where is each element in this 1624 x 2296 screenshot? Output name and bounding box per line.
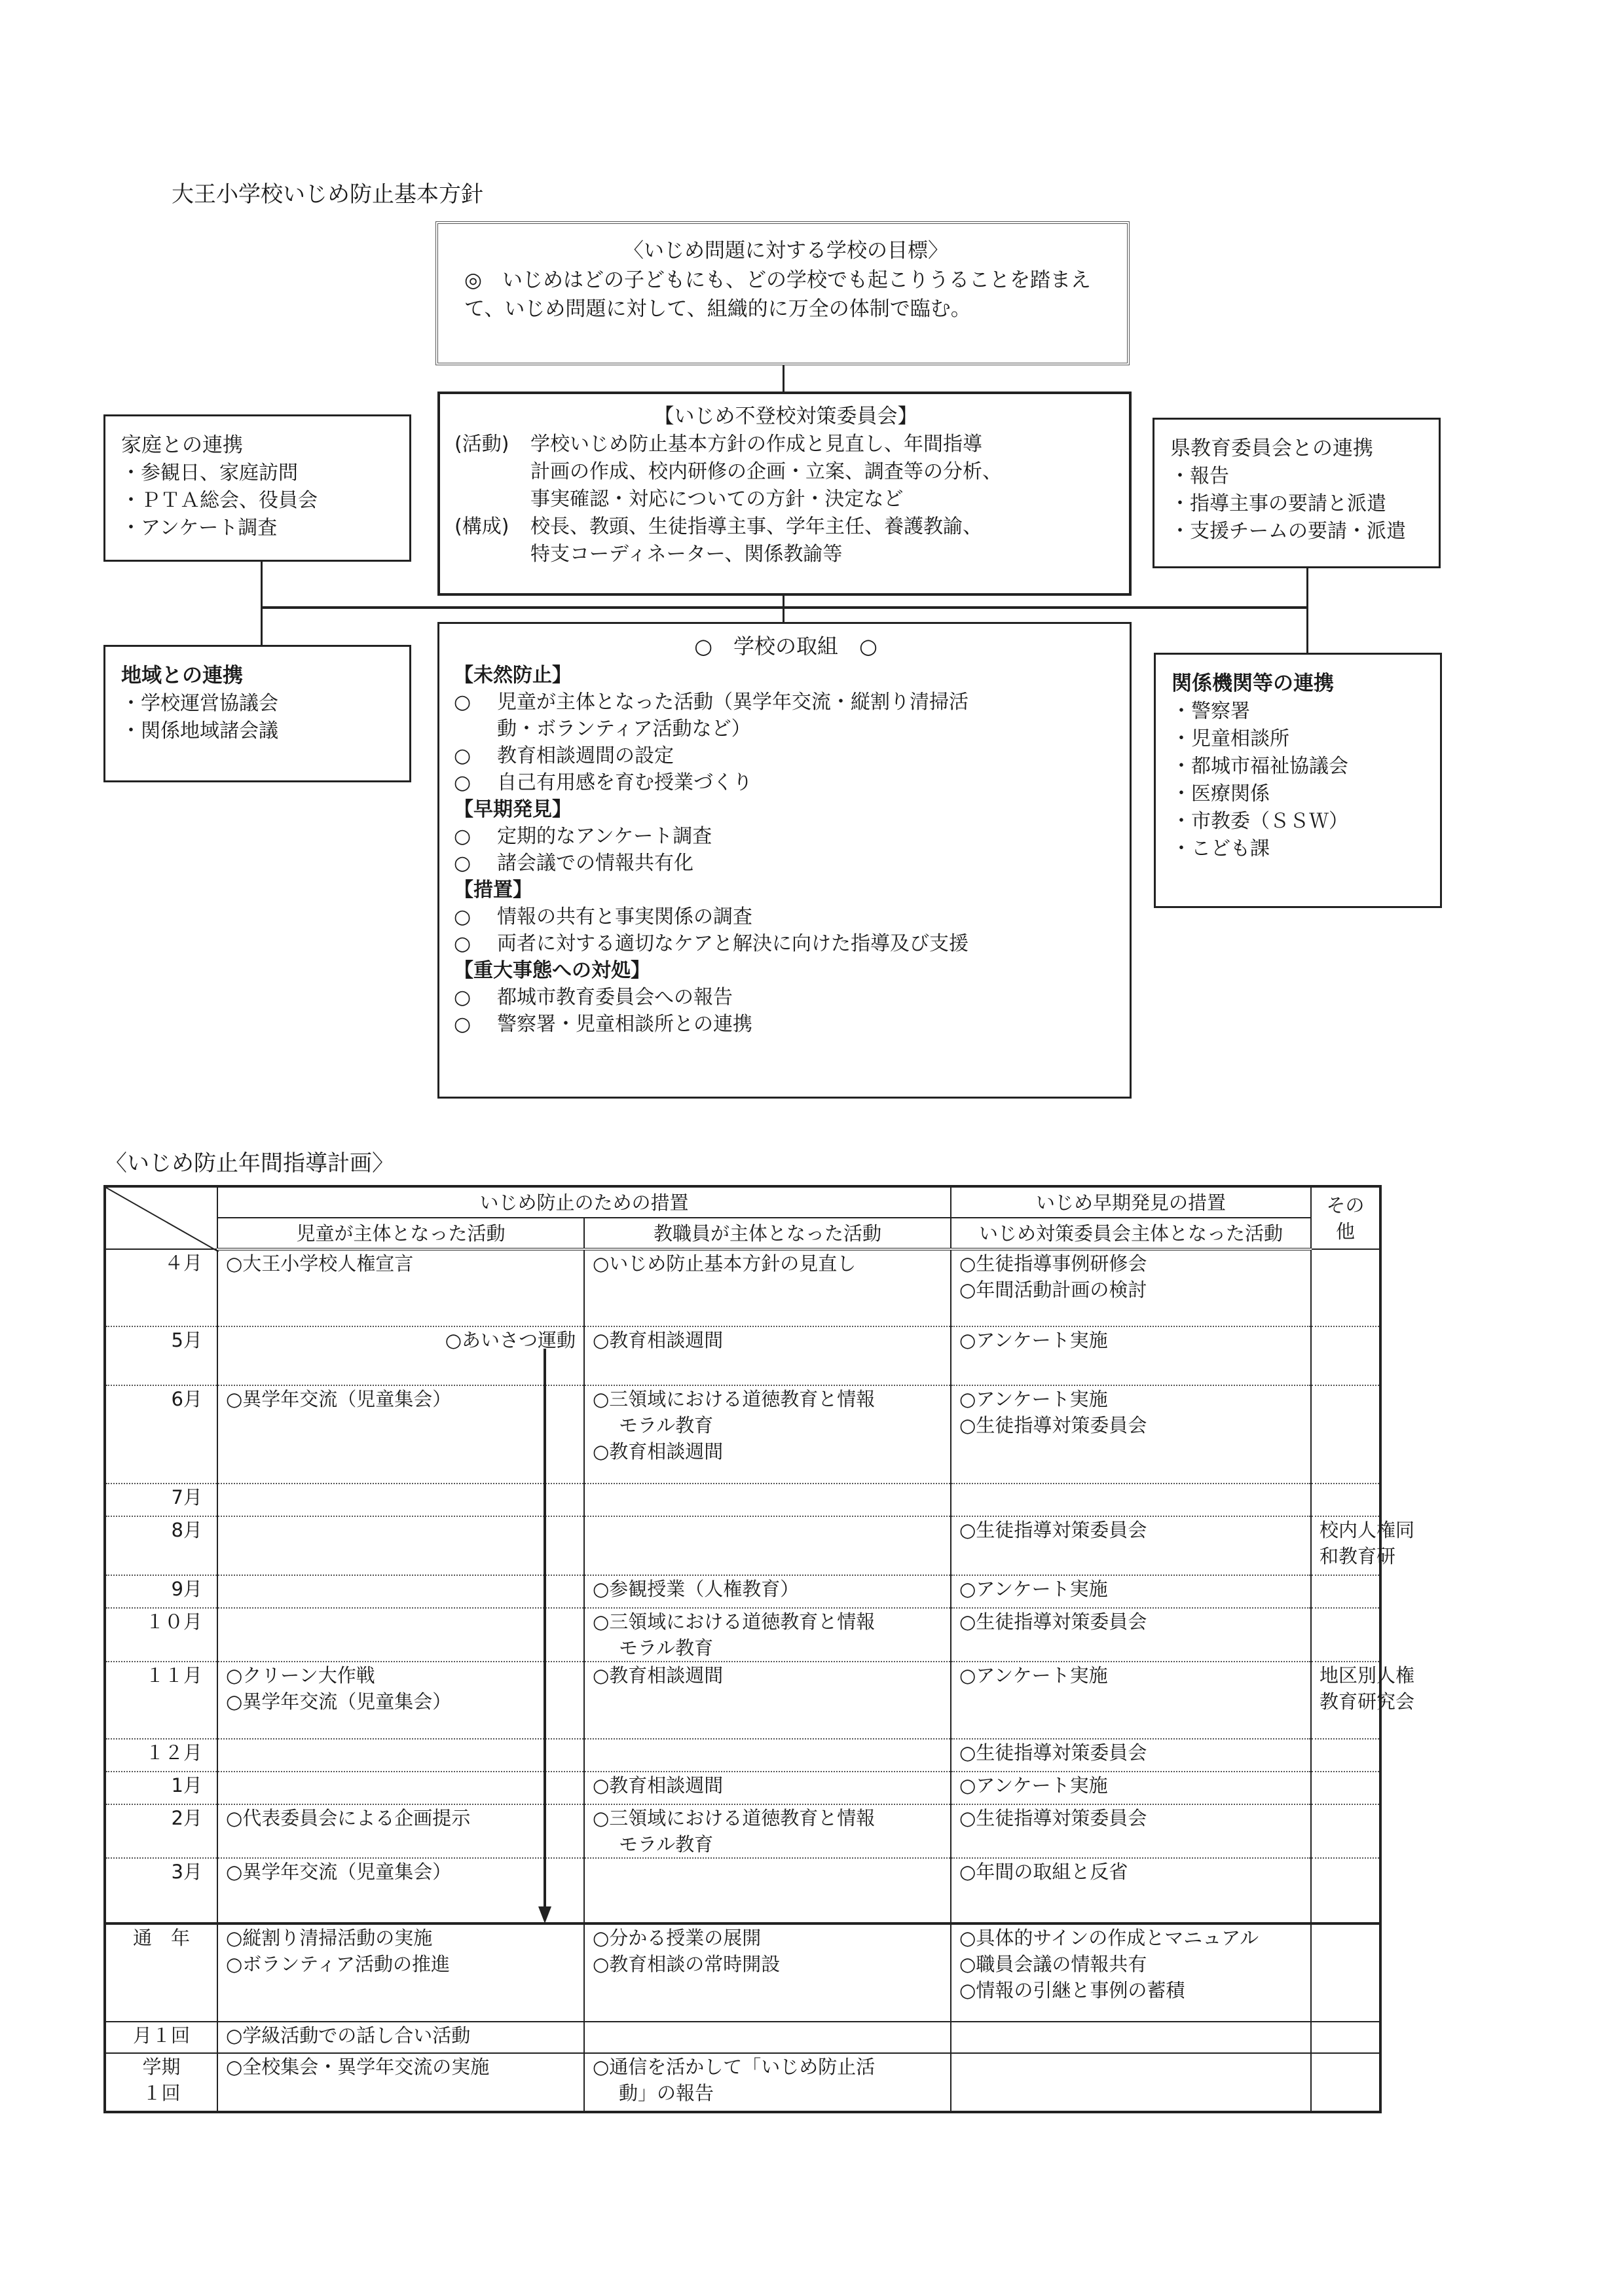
cell-text: ○情報の引継と事例の蓄積 [959, 1977, 1302, 2003]
staff-cell: ○三領域における道徳教育と情報モラル教育 [584, 1804, 951, 1858]
staff-cell: ○いじめ防止基本方針の見直し [584, 1249, 951, 1326]
circle-bullet-icon: ○ [454, 823, 497, 850]
staff-cell [584, 1858, 951, 1923]
family-item: ・ＰＴＡ総会、役員会 [121, 487, 399, 515]
table-row: １１月○クリーン大作戦○異学年交流（児童集会）○教育相談週間○アンケート実施地区… [105, 1662, 1380, 1739]
cell-text: ○代表委員会による企画提示 [226, 1805, 576, 1831]
agency-item: ・警察署 [1172, 698, 1430, 725]
committee-cell: ○アンケート実施 [951, 1575, 1311, 1608]
cell-text: ○縦割り清掃活動の実施 [226, 1925, 576, 1951]
cell-text: ○教育相談の常時開設 [593, 1951, 942, 1977]
cell-text: ○生徒指導対策委員会 [959, 1609, 1302, 1635]
staff-cell [584, 1484, 951, 1516]
members-text: 校長、教頭、生徒指導主事、学年主任、養護教諭、 特支コーディネーター、関係教諭等 [530, 513, 982, 568]
cell-text: ○アンケート実施 [959, 1576, 1302, 1602]
students-cell: ○学級活動での話し合い活動 [217, 2022, 584, 2053]
cell-text: ○年間の取組と反省 [959, 1859, 1302, 1885]
cell-text: ○通信を活かして「いじめ防止活 [593, 2054, 942, 2080]
committee-cell: ○生徒指導対策委員会 [951, 1608, 1311, 1662]
connector-horizontal-line [261, 606, 1308, 609]
other-cell [1311, 1326, 1380, 1385]
section-title: 【早期発見】 [454, 796, 1118, 823]
connector-line [261, 562, 263, 645]
header-prevention: いじめ防止のための措置 [217, 1186, 951, 1218]
committee-heading: 【いじめ不登校対策委員会】 [454, 402, 1117, 431]
cell-text: ○いじめ防止基本方針の見直し [593, 1250, 942, 1277]
cell-text: ○参観授業（人権教育） [593, 1576, 942, 1602]
cell-text: ○大王小学校人権宣言 [226, 1250, 576, 1277]
goal-heading: 〈いじめ問題に対する学校の目標〉 [464, 236, 1107, 266]
table-row: 月１回○学級活動での話し合い活動 [105, 2022, 1380, 2053]
staff-cell [584, 1516, 951, 1575]
table-row: 学期 １回○全校集会・異学年交流の実施○通信を活かして「いじめ防止活動」の報告 [105, 2053, 1380, 2112]
committee-cell: ○アンケート実施○生徒指導対策委員会 [951, 1385, 1311, 1484]
cell-text: ○あいさつ運動 [226, 1327, 576, 1353]
committee-cell: ○アンケート実施 [951, 1662, 1311, 1739]
cell-text: ○年間活動計画の検討 [959, 1277, 1302, 1303]
connector-line [783, 596, 784, 622]
initiative-item: 自己有用感を育む授業づくり [497, 769, 752, 796]
header-staff: 教職員が主体となった活動 [584, 1218, 951, 1249]
school-initiatives-box: ○ 学校の取組 ○ 【未然防止】 ○児童が主体となった活動（異学年交流・縦割り清… [437, 622, 1132, 1099]
committee-cell: ○生徒指導事例研修会○年間活動計画の検討 [951, 1249, 1311, 1326]
section-title: 【未然防止】 [454, 662, 1118, 689]
staff-cell [584, 2022, 951, 2053]
cell-text: ○アンケート実施 [959, 1386, 1302, 1412]
cell-text: ○アンケート実施 [959, 1662, 1302, 1688]
prefecture-heading: 県教育委員会との連携 [1170, 434, 1428, 463]
prefecture-item: ・報告 [1170, 463, 1428, 490]
other-cell [1311, 1858, 1380, 1923]
prefecture-item: ・指導主事の要請と派遣 [1170, 490, 1428, 518]
committee-cell: ○年間の取組と反省 [951, 1858, 1311, 1923]
cell-text: ○分かる授業の展開 [593, 1925, 942, 1951]
committee-cell: ○生徒指導対策委員会 [951, 1516, 1311, 1575]
students-cell: ○大王小学校人権宣言 [217, 1249, 584, 1326]
cell-text: ○異学年交流（児童集会） [226, 1859, 576, 1885]
period-cell: 7月 [105, 1484, 217, 1516]
initiative-item: 両者に対する適切なケアと解決に向けた指導及び支援 [497, 930, 969, 957]
initiative-item: 都城市教育委員会への報告 [497, 984, 733, 1011]
staff-cell: ○教育相談週間 [584, 1772, 951, 1804]
circle-bullet-icon: ○ [454, 769, 497, 796]
committee-box: 【いじめ不登校対策委員会】 (活動) 学校いじめ防止基本方針の作成と見直し、年間… [437, 392, 1132, 596]
connector-line [1306, 568, 1308, 653]
header-other: その他 [1311, 1186, 1380, 1249]
period-cell: 月１回 [105, 2022, 217, 2053]
cell-text: ○教育相談週間 [593, 1772, 942, 1798]
cell-text: 教育研究会 [1319, 1688, 1371, 1715]
cell-text: ○三領域における道徳教育と情報 [593, 1609, 942, 1635]
cell-text: ○学級活動での話し合い活動 [226, 2022, 576, 2049]
circle-bullet-icon: ○ [454, 903, 497, 930]
family-item: ・参観日、家庭訪問 [121, 460, 399, 487]
committee-cell [951, 2053, 1311, 2112]
prefecture-liaison-box: 県教育委員会との連携 ・報告 ・指導主事の要請と派遣 ・支援チームの要請・派遣 [1153, 418, 1441, 568]
cell-text: ○生徒指導対策委員会 [959, 1740, 1302, 1766]
goal-text: ◎ いじめはどの子どもにも、どの学校でも起こりうることを踏まえて、いじめ問題に対… [464, 266, 1107, 323]
initiative-item: 定期的なアンケート調査 [497, 823, 712, 850]
cell-text: ○三領域における道徳教育と情報 [593, 1386, 942, 1412]
period-cell: 学期 １回 [105, 2053, 217, 2112]
period-cell: １２月 [105, 1739, 217, 1772]
table-row: 通 年○縦割り清掃活動の実施○ボランティア活動の推進○分かる授業の展開○教育相談… [105, 1923, 1380, 2022]
cell-text: ○生徒指導事例研修会 [959, 1250, 1302, 1277]
table-row: ４月○大王小学校人権宣言○いじめ防止基本方針の見直し○生徒指導事例研修会○年間活… [105, 1249, 1380, 1326]
cell-text: 動」の報告 [593, 2080, 942, 2106]
agency-item: ・市教委（ＳＳＷ） [1172, 808, 1430, 835]
period-cell: ４月 [105, 1249, 217, 1326]
initiative-item: 教育相談週間の設定 [497, 742, 674, 769]
students-cell: ○クリーン大作戦○異学年交流（児童集会） [217, 1662, 584, 1739]
table-row: 1月○教育相談週間○アンケート実施 [105, 1772, 1380, 1804]
students-cell: ○縦割り清掃活動の実施○ボランティア活動の推進 [217, 1923, 584, 2022]
other-cell [1311, 1739, 1380, 1772]
family-liaison-box: 家庭との連携 ・参観日、家庭訪問 ・ＰＴＡ総会、役員会 ・アンケート調査 [103, 414, 411, 562]
period-cell: １０月 [105, 1608, 217, 1662]
other-cell [1311, 1923, 1380, 2022]
other-cell [1311, 1249, 1380, 1326]
cell-text: ○クリーン大作戦 [226, 1662, 576, 1688]
cell-text: ○全校集会・異学年交流の実施 [226, 2054, 576, 2080]
cell-text: ○異学年交流（児童集会） [226, 1688, 576, 1715]
other-cell [1311, 1484, 1380, 1516]
agency-item: ・児童相談所 [1172, 725, 1430, 753]
students-cell: ○異学年交流（児童集会） [217, 1385, 584, 1484]
staff-cell: ○通信を活かして「いじめ防止活動」の報告 [584, 2053, 951, 2112]
period-cell: 通 年 [105, 1923, 217, 2022]
table-row: 7月 [105, 1484, 1380, 1516]
students-cell [217, 1739, 584, 1772]
cell-text: モラル教育 [593, 1831, 942, 1857]
cell-text: ○三領域における道徳教育と情報 [593, 1805, 942, 1831]
activities-label: (活動) [454, 431, 530, 513]
students-cell: ○全校集会・異学年交流の実施 [217, 2053, 584, 2112]
region-item: ・学校運営協議会 [121, 690, 399, 718]
region-liaison-box: 地域との連携 ・学校運営協議会 ・関係地域諸会議 [103, 645, 411, 782]
students-cell [217, 1484, 584, 1516]
students-cell: ○異学年交流（児童集会） [217, 1858, 584, 1923]
prefecture-item: ・支援チームの要請・派遣 [1170, 518, 1428, 545]
header-early-detection: いじめ早期発見の措置 [951, 1186, 1311, 1218]
other-cell [1311, 1608, 1380, 1662]
other-cell [1311, 1804, 1380, 1858]
cell-text: ○アンケート実施 [959, 1327, 1302, 1353]
cell-text: ○生徒指導対策委員会 [959, 1412, 1302, 1438]
students-cell [217, 1516, 584, 1575]
students-cell [217, 1772, 584, 1804]
period-cell: 5月 [105, 1326, 217, 1385]
committee-cell: ○生徒指導対策委員会 [951, 1739, 1311, 1772]
staff-cell: ○参観授業（人権教育） [584, 1575, 951, 1608]
table-row: 6月○異学年交流（児童集会）○三領域における道徳教育と情報モラル教育○教育相談週… [105, 1385, 1380, 1484]
staff-cell [584, 1739, 951, 1772]
circle-bullet-icon: ○ [454, 689, 497, 742]
staff-cell: ○教育相談週間 [584, 1662, 951, 1739]
other-cell [1311, 2022, 1380, 2053]
goal-box: 〈いじめ問題に対する学校の目標〉 ◎ いじめはどの子どもにも、どの学校でも起こり… [435, 221, 1130, 365]
section-title: 【措置】 [454, 877, 1118, 903]
diagonal-line-icon [106, 1188, 219, 1252]
other-cell [1311, 1575, 1380, 1608]
cell-text: モラル教育 [593, 1635, 942, 1661]
members-label: (構成) [454, 513, 530, 568]
cell-text: 地区別人権 [1319, 1662, 1371, 1688]
committee-cell: ○具体的サインの作成とマニュアル○職員会議の情報共有○情報の引継と事例の蓄積 [951, 1923, 1311, 2022]
table-row: １２月○生徒指導対策委員会 [105, 1739, 1380, 1772]
cell-text: ○アンケート実施 [959, 1772, 1302, 1798]
students-cell: ○代表委員会による企画提示 [217, 1804, 584, 1858]
agencies-liaison-box: 関係機関等の連携 ・警察署 ・児童相談所 ・都城市福祉協議会 ・医療関係 ・市教… [1154, 653, 1442, 908]
table-row: 9月○参観授業（人権教育）○アンケート実施 [105, 1575, 1380, 1608]
period-cell: 3月 [105, 1858, 217, 1923]
family-heading: 家庭との連携 [121, 431, 399, 460]
table-row: 5月○あいさつ運動○教育相談週間○アンケート実施 [105, 1326, 1380, 1385]
family-item: ・アンケート調査 [121, 515, 399, 542]
period-cell: 9月 [105, 1575, 217, 1608]
committee-cell: ○生徒指導対策委員会 [951, 1804, 1311, 1858]
cell-text: ○職員会議の情報共有 [959, 1951, 1302, 1977]
connector-line [783, 365, 784, 392]
period-cell: 6月 [105, 1385, 217, 1484]
staff-cell: ○教育相談週間 [584, 1326, 951, 1385]
table-row: 3月○異学年交流（児童集会）○年間の取組と反省 [105, 1858, 1380, 1923]
agency-item: ・こども課 [1172, 835, 1430, 863]
cell-text: ○教育相談週間 [593, 1327, 942, 1353]
cell-text: ○生徒指導対策委員会 [959, 1805, 1302, 1831]
circle-bullet-icon: ○ [454, 930, 497, 957]
cell-text: 校内人権同 [1319, 1517, 1371, 1543]
school-heading: ○ 学校の取組 ○ [454, 630, 1118, 662]
agency-item: ・医療関係 [1172, 780, 1430, 808]
period-cell: 1月 [105, 1772, 217, 1804]
period-cell: １１月 [105, 1662, 217, 1739]
committee-cell: ○アンケート実施 [951, 1772, 1311, 1804]
header-committee: いじめ対策委員会主体となった活動 [951, 1218, 1311, 1249]
circle-bullet-icon: ○ [454, 742, 497, 769]
table-row: １０月○三領域における道徳教育と情報モラル教育○生徒指導対策委員会 [105, 1608, 1380, 1662]
agencies-heading: 関係機関等の連携 [1172, 669, 1430, 698]
other-cell [1311, 1772, 1380, 1804]
initiative-item: 情報の共有と事実関係の調査 [497, 903, 752, 930]
document-title: 大王小学校いじめ防止基本方針 [172, 180, 483, 209]
students-cell [217, 1608, 584, 1662]
cell-text: ○生徒指導対策委員会 [959, 1517, 1302, 1543]
circle-bullet-icon: ○ [454, 984, 497, 1011]
agency-item: ・都城市福祉協議会 [1172, 753, 1430, 780]
period-cell: 8月 [105, 1516, 217, 1575]
region-heading: 地域との連携 [121, 661, 399, 690]
other-cell: 地区別人権教育研究会 [1311, 1662, 1380, 1739]
table-row: 8月○生徒指導対策委員会校内人権同和教育研 [105, 1516, 1380, 1575]
cell-text: ○具体的サインの作成とマニュアル [959, 1925, 1302, 1951]
committee-cell: ○アンケート実施 [951, 1326, 1311, 1385]
students-cell: ○あいさつ運動 [217, 1326, 584, 1385]
plan-title: 〈いじめ防止年間指導計画〉 [105, 1149, 394, 1178]
corner-diagonal-cell [105, 1186, 217, 1249]
initiative-item: 警察署・児童相談所との連携 [497, 1011, 752, 1038]
continuation-arrow-line [544, 1349, 546, 1912]
staff-cell: ○三領域における道徳教育と情報モラル教育 [584, 1608, 951, 1662]
staff-cell: ○分かる授業の展開○教育相談の常時開設 [584, 1923, 951, 2022]
section-title: 【重大事態への対処】 [454, 957, 1118, 984]
staff-cell: ○三領域における道徳教育と情報モラル教育○教育相談週間 [584, 1385, 951, 1484]
arrow-down-icon [538, 1906, 551, 1923]
circle-bullet-icon: ○ [454, 1011, 497, 1038]
circle-bullet-icon: ○ [454, 850, 497, 877]
cell-text: ○教育相談週間 [593, 1662, 942, 1688]
cell-text: ○教育相談週間 [593, 1438, 942, 1465]
students-cell [217, 1575, 584, 1608]
other-cell [1311, 2053, 1380, 2112]
initiative-item: 諸会議での情報共有化 [497, 850, 693, 877]
initiative-item: 児童が主体となった活動（異学年交流・縦割り清掃活 動・ボランティア活動など） [497, 689, 969, 742]
annual-plan-table: いじめ防止のための措置 いじめ早期発見の措置 その他 児童が主体となった活動 教… [103, 1185, 1382, 2113]
cell-text: モラル教育 [593, 1412, 942, 1438]
header-students: 児童が主体となった活動 [217, 1218, 584, 1249]
cell-text: 和教育研 [1319, 1543, 1371, 1569]
cell-text: ○異学年交流（児童集会） [226, 1386, 576, 1412]
region-item: ・関係地域諸会議 [121, 718, 399, 745]
period-cell: 2月 [105, 1804, 217, 1858]
committee-cell [951, 1484, 1311, 1516]
activities-text: 学校いじめ防止基本方針の作成と見直し、年間指導 計画の作成、校内研修の企画・立案… [530, 431, 1002, 513]
other-cell [1311, 1385, 1380, 1484]
cell-text: ○ボランティア活動の推進 [226, 1951, 576, 1977]
committee-cell [951, 2022, 1311, 2053]
table-row: 2月○代表委員会による企画提示○三領域における道徳教育と情報モラル教育○生徒指導… [105, 1804, 1380, 1858]
other-cell: 校内人権同和教育研 [1311, 1516, 1380, 1575]
